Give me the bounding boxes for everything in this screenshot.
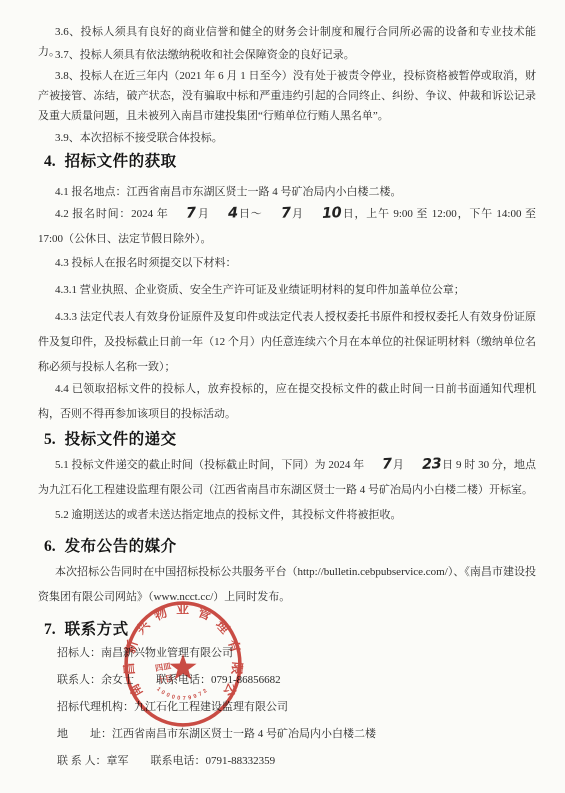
section-4-heading: 4.招标文件的获取 [44,149,177,171]
section-5-number: 5. [44,431,56,448]
clause-4-3-3: 4.3.3 法定代表人有效身份证原件及复印件或法定代表人授权委托书原件和授权委托… [38,305,536,380]
tenderer-line: 招标人：南昌新兴物业管理有限公司 [57,646,233,661]
clause-3-7: 3.7、投标人须具有依法缴纳税收和社会保障资金的良好记录。 [38,45,536,65]
handwritten-month-end: 7 [262,206,291,222]
handwritten-day-start: 4 [209,206,238,222]
clause-5-2: 5.2 逾期送达的或者未送达指定地点的投标文件，其投标文件将被拒收。 [38,503,536,528]
media-paragraph: 本次招标公告同时在中国招标投标公共服务平台（http://bulletin.ce… [38,560,536,610]
section-7-number: 7. [44,621,56,638]
section-6-title: 发布公告的媒介 [65,538,177,555]
clause-5-1-text: 5.1 投标文件递交的截止时间（投标截止时间，下同）为 2024 年 [55,459,364,471]
section-7-heading: 7.联系方式 [44,617,129,639]
clause-4-4: 4.4 已领取招标文件的投标人，放弃投标的，应在提交投标文件的截止时间一日前书面… [38,377,536,427]
contact-line-1: 联系人：余女士 联系电话：0791-86856682 [57,673,281,688]
section-4-number: 4. [44,153,56,170]
clause-3-8: 3.8、投标人在近三年内（2021 年 6 月 1 日至今）没有处于被责令停业，… [38,66,536,126]
handwritten-month-start: 7 [168,206,197,222]
clause-5-1: 5.1 投标文件递交的截止时间（投标截止时间，下同）为 2024 年7月23日 … [38,453,536,503]
section-4-title: 招标文件的获取 [65,153,177,170]
handwritten-deadline-month: 7 [364,457,393,473]
contact-line-2: 联 系 人：章军 联系电话：0791-88332359 [57,754,275,769]
section-6-heading: 6.发布公告的媒介 [44,534,177,556]
seal-inner-mark-1: 四皿 [154,661,172,673]
handwritten-day-end: 10 [303,206,342,222]
clause-3-9: 3.9、本次招标不接受联合体投标。 [38,128,536,148]
section-5-heading: 5.投标文件的递交 [44,427,177,449]
section-7-title: 联系方式 [65,621,129,638]
section-5-title: 投标文件的递交 [65,431,177,448]
clause-4-3-1: 4.3.1 营业执照、企业资质、安全生产许可证及业绩证明材料的复印件加盖单位公章… [38,278,536,303]
section-6-number: 6. [44,538,56,555]
clause-4-2-text: 4.2 报名时间：2024 年 [55,208,168,220]
clause-4-3: 4.3 投标人在报名时须提交以下材料： [38,251,536,276]
address-line: 地 址：江西省南昌市东湖区贤士一路 4 号矿冶局内小白楼二楼 [57,727,376,742]
agency-line: 招标代理机构：九江石化工程建设监理有限公司 [57,700,288,715]
handwritten-deadline-day: 23 [404,457,443,473]
clause-4-2: 4.2 报名时间：2024 年7月4日～7月10日，上午 9:00 至 12:0… [38,202,536,252]
document-page: 3.6、投标人须具有良好的商业信誉和健全的财务会计制度和履行合同所必需的设备和专… [0,0,565,793]
